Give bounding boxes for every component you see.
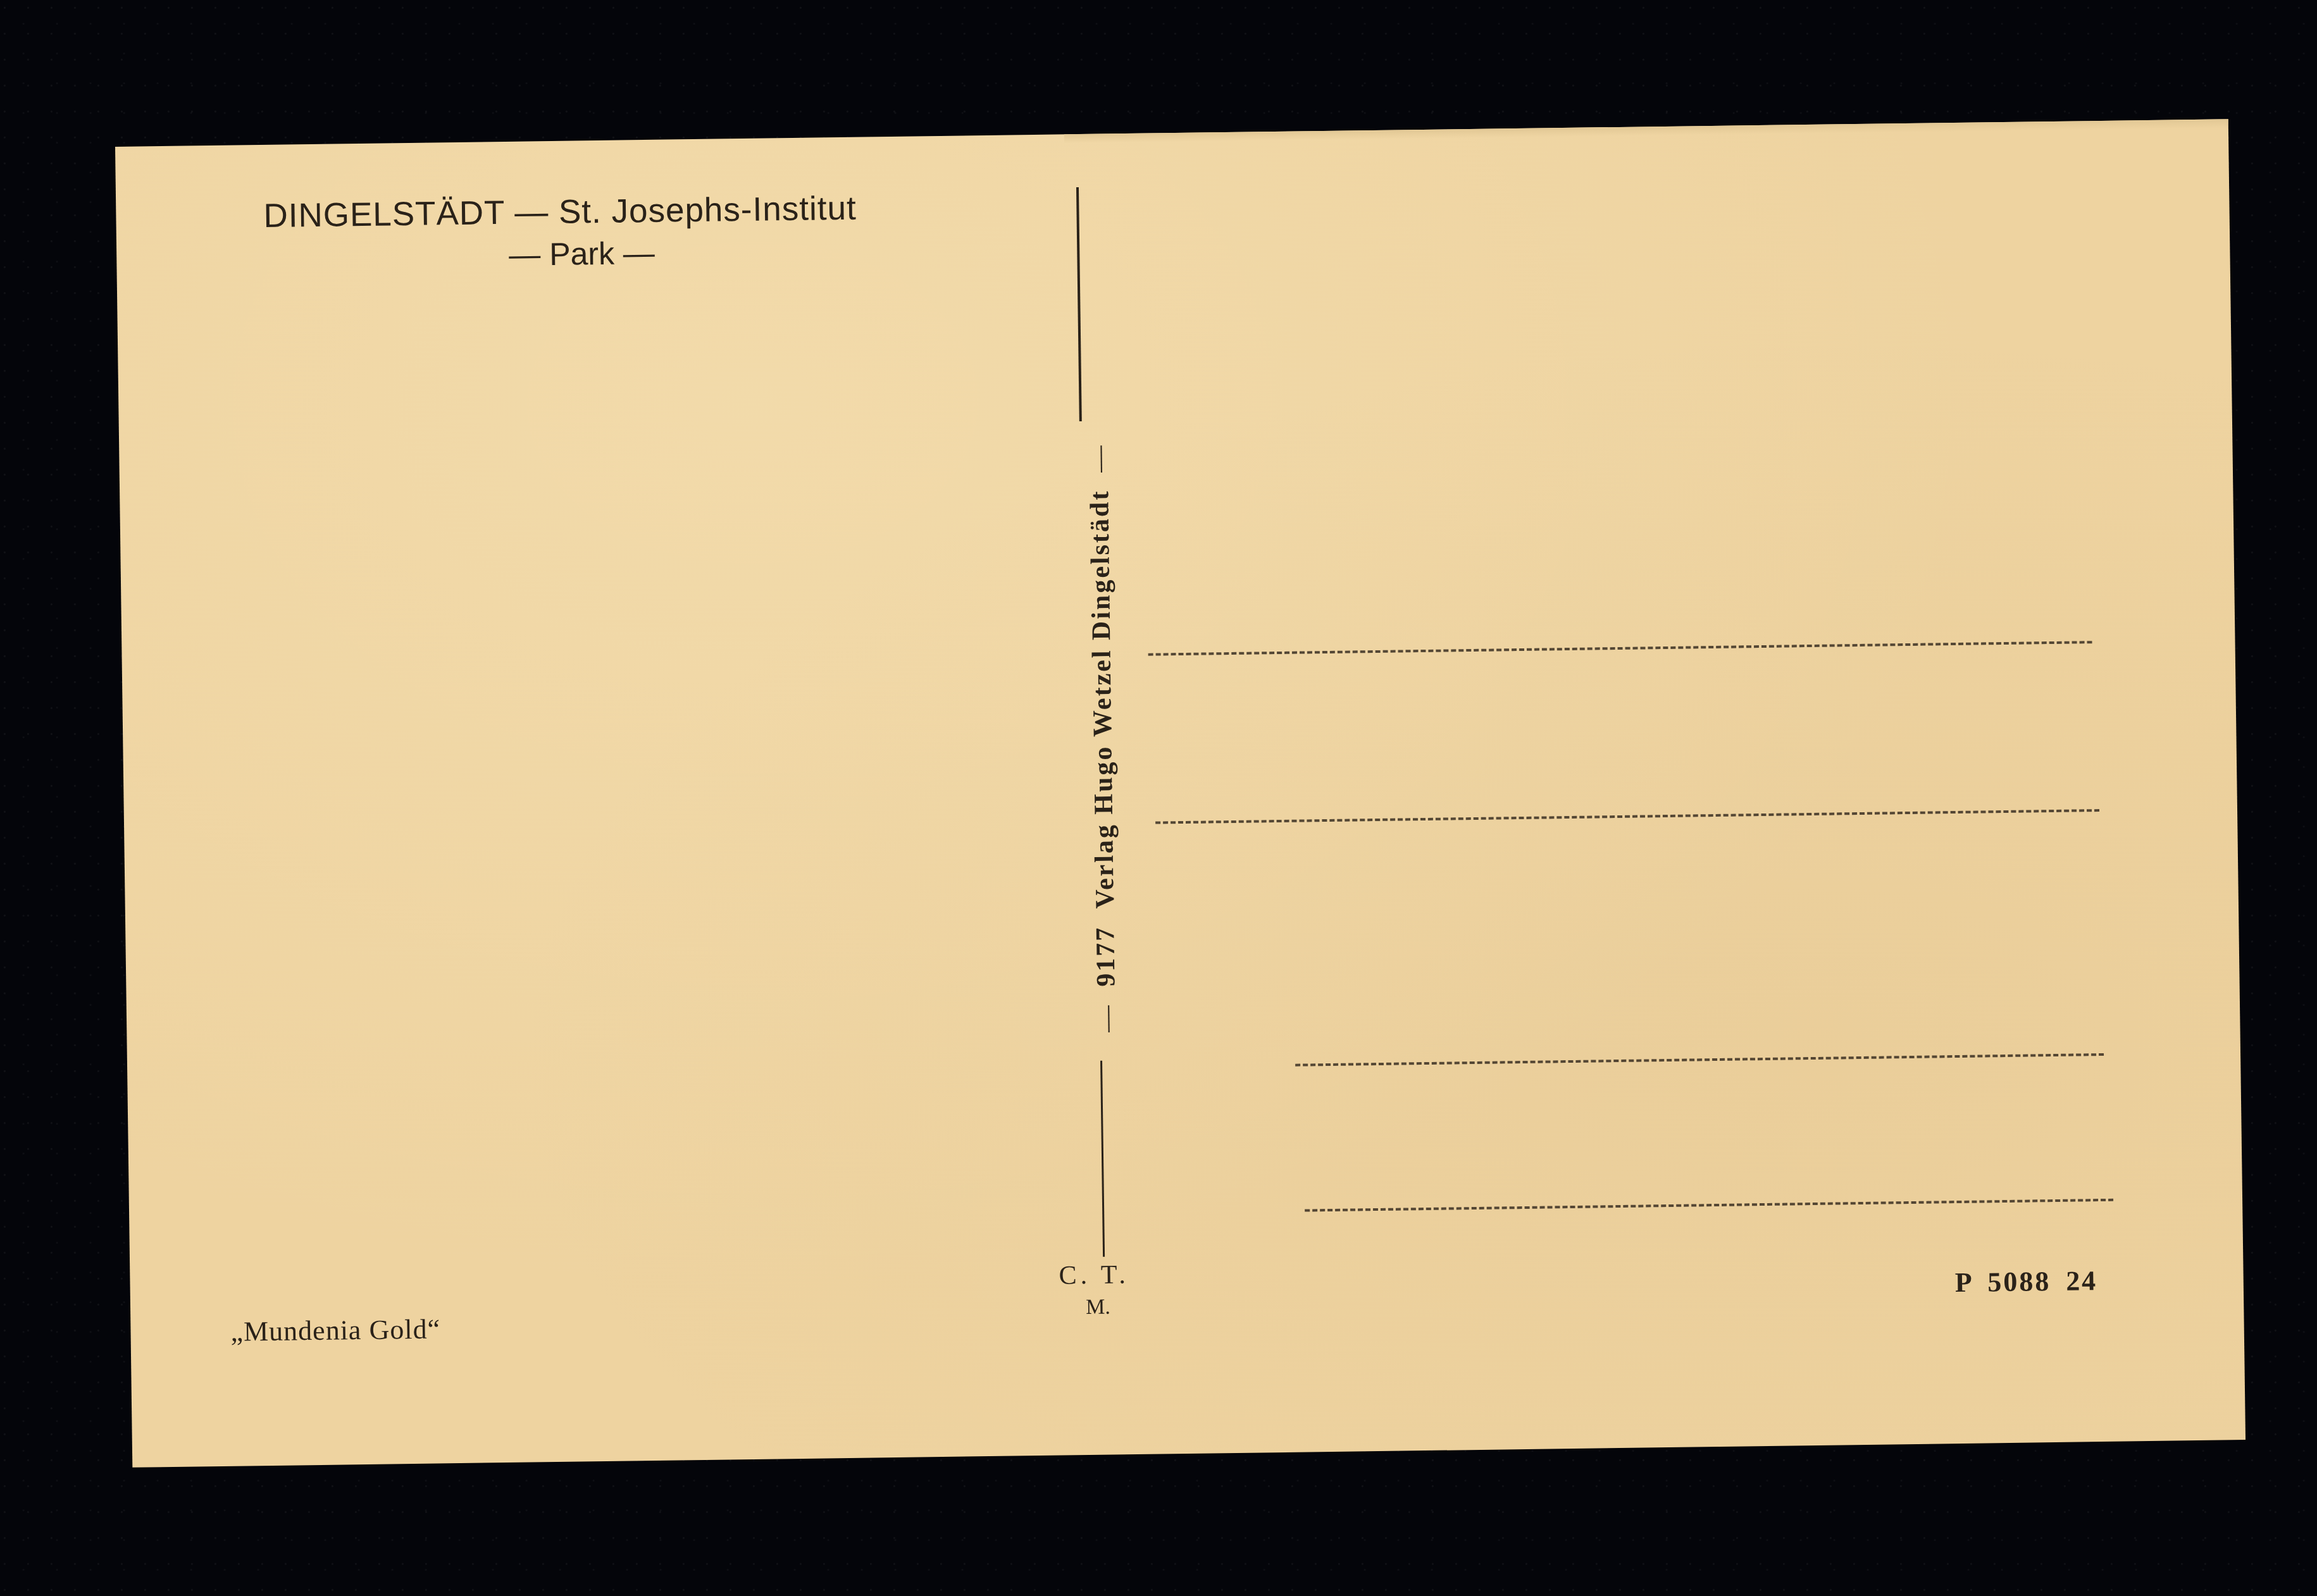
postcard-back: DINGELSTÄDT — St. Josephs-Institut — Par… <box>115 119 2246 1468</box>
divider-top <box>1076 187 1082 421</box>
address-line-3 <box>1295 1053 2104 1067</box>
postcard-title: DINGELSTÄDT — St. Josephs-Institut <box>263 189 857 235</box>
imprint-dash-end: — <box>1084 443 1115 473</box>
imprint-number: 9177 <box>1090 925 1121 987</box>
postcard-subtitle: — Park — <box>509 235 655 273</box>
printer-mark: C. T. <box>1059 1259 1129 1290</box>
imprint-text: Verlag Hugo Wetzel Dingelstädt <box>1084 489 1121 908</box>
imprint-dash-start: — <box>1091 1003 1122 1032</box>
divider-bottom <box>1100 1061 1105 1257</box>
catalog-code: P 5088 24 <box>1954 1265 2097 1299</box>
publisher-imprint: — 9177 Verlag Hugo Wetzel Dingelstädt — <box>1084 443 1122 1032</box>
address-line-4 <box>1305 1199 2113 1212</box>
printer-mark-sub: M. <box>1086 1296 1110 1320</box>
address-line-2 <box>1155 809 2099 824</box>
brand-label: „Mundenia Gold“ <box>230 1313 440 1347</box>
address-line-1 <box>1148 641 2092 656</box>
